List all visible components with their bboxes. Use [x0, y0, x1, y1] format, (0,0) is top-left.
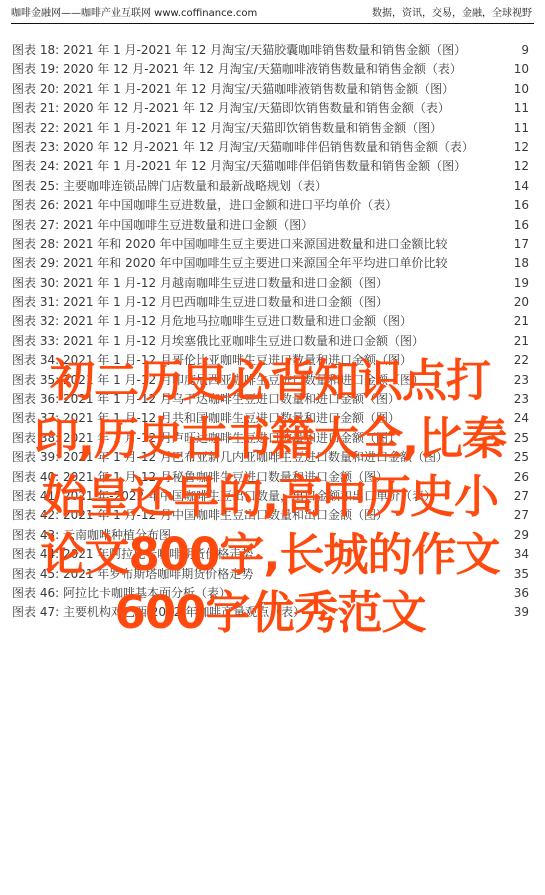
toc-entry-label: 图表 31: 2021 年 1 月-12 月巴西咖啡生豆进口数量和进口金额（图）: [12, 293, 388, 312]
toc-entry-label: 图表 33: 2021 年 1 月-12 月埃塞俄比亚咖啡生豆进口数量和进口金额…: [12, 332, 424, 351]
toc-entry-label: 图表 30: 2021 年 1 月-12 月越南咖啡生豆进口数量和进口金额（图）: [12, 274, 388, 293]
toc-entry-label: 图表 28: 2021 年和 2020 年中国咖啡生豆主要进口来源国进数量和进口…: [12, 235, 447, 254]
toc-entry-label: 图表 23: 2020 年 12 月-2021 年 12 月淘宝/天猫咖啡伴侣销…: [12, 138, 474, 157]
toc-entry-page: 17: [514, 235, 529, 254]
toc-entry-label: 图表 25: 主要咖啡连锁品牌门店数量和最新战略规划（表）: [12, 177, 327, 196]
toc-entry[interactable]: 图表 18: 2021 年 1 月-2021 年 12 月淘宝/天猫胶囊咖啡销售…: [12, 41, 529, 60]
toc-entry[interactable]: 图表 21: 2020 年 12 月-2021 年 12 月淘宝/天猫即饮销售数…: [12, 99, 529, 118]
toc-entry-label: 图表 29: 2021 年和 2020 年中国咖啡生豆主要进口来源国全年平均进口…: [12, 254, 447, 273]
toc-entry-page: 16: [514, 196, 529, 215]
toc-entry[interactable]: 图表 28: 2021 年和 2020 年中国咖啡生豆主要进口来源国进数量和进口…: [12, 235, 529, 254]
toc-entry-label: 图表 20: 2021 年 1 月-2021 年 12 月淘宝/天猫咖啡液销售数…: [12, 80, 454, 99]
toc-entry-page: 20: [514, 293, 529, 312]
toc-entry-label: 图表 19: 2020 年 12 月-2021 年 12 月淘宝/天猫咖啡液销售…: [12, 60, 462, 79]
toc-entry-page: 12: [514, 138, 529, 157]
toc-entry-page: 11: [514, 119, 529, 138]
toc-entry-page: 18: [514, 254, 529, 273]
toc-entry[interactable]: 图表 29: 2021 年和 2020 年中国咖啡生豆主要进口来源国全年平均进口…: [12, 254, 529, 273]
toc-entry-label: 图表 27: 2021 年中国咖啡生豆进数量和进口金额（图）: [12, 216, 313, 235]
toc-entry-label: 图表 24: 2021 年 1 月-2021 年 12 月淘宝/天猫咖啡伴侣销售…: [12, 157, 466, 176]
toc-entry[interactable]: 图表 23: 2020 年 12 月-2021 年 12 月淘宝/天猫咖啡伴侣销…: [12, 138, 529, 157]
toc-entry-page: 11: [514, 99, 529, 118]
site-tagline: 数据，资讯，交易，金融，全球视野: [372, 6, 532, 22]
toc-entry-page: 10: [514, 60, 529, 79]
toc-entry[interactable]: 图表 33: 2021 年 1 月-12 月埃塞俄比亚咖啡生豆进口数量和进口金额…: [12, 332, 529, 351]
toc-entry-page: 10: [514, 80, 529, 99]
site-title: 咖啡金融网——咖啡产业互联网 www.coffinance.com: [11, 6, 257, 22]
overlay-headline[interactable]: 初二历史必背知识点打印,历史古书籍大全,比秦始皇还早的,高中历史小论文800字,…: [20, 352, 520, 642]
toc-entry-page: 9: [521, 41, 529, 60]
toc-entry[interactable]: 图表 25: 主要咖啡连锁品牌门店数量和最新战略规划（表）14: [12, 177, 529, 196]
toc-entry[interactable]: 图表 24: 2021 年 1 月-2021 年 12 月淘宝/天猫咖啡伴侣销售…: [12, 157, 529, 176]
toc-entry[interactable]: 图表 22: 2021 年 1 月-2021 年 12 月淘宝/天猫即饮销售数量…: [12, 119, 529, 138]
toc-entry[interactable]: 图表 20: 2021 年 1 月-2021 年 12 月淘宝/天猫咖啡液销售数…: [12, 80, 529, 99]
toc-entry-label: 图表 18: 2021 年 1 月-2021 年 12 月淘宝/天猫胶囊咖啡销售…: [12, 41, 466, 60]
toc-entry-page: 14: [514, 177, 529, 196]
toc-entry-label: 图表 26: 2021 年中国咖啡生豆进数量，进口金额和进口平均单价（表）: [12, 196, 397, 215]
page-header: 咖啡金融网——咖啡产业互联网 www.coffinance.com 数据，资讯，…: [11, 6, 534, 24]
toc-entry[interactable]: 图表 31: 2021 年 1 月-12 月巴西咖啡生豆进口数量和进口金额（图）…: [12, 293, 529, 312]
toc-entry-page: 21: [514, 332, 529, 351]
toc-entry-label: 图表 21: 2020 年 12 月-2021 年 12 月淘宝/天猫即饮销售数…: [12, 99, 450, 118]
toc-entry[interactable]: 图表 27: 2021 年中国咖啡生豆进数量和进口金额（图）16: [12, 216, 529, 235]
toc-entry[interactable]: 图表 30: 2021 年 1 月-12 月越南咖啡生豆进口数量和进口金额（图）…: [12, 274, 529, 293]
toc-entry-page: 21: [514, 312, 529, 331]
toc-entry-page: 16: [514, 216, 529, 235]
toc-entry[interactable]: 图表 19: 2020 年 12 月-2021 年 12 月淘宝/天猫咖啡液销售…: [12, 60, 529, 79]
toc-entry-label: 图表 32: 2021 年 1 月-12 月危地马拉咖啡生豆进口数量和进口金额（…: [12, 312, 412, 331]
toc-entry-page: 19: [514, 274, 529, 293]
toc-entry-page: 12: [514, 157, 529, 176]
toc-entry[interactable]: 图表 32: 2021 年 1 月-12 月危地马拉咖啡生豆进口数量和进口金额（…: [12, 312, 529, 331]
toc-entry-label: 图表 22: 2021 年 1 月-2021 年 12 月淘宝/天猫即饮销售数量…: [12, 119, 442, 138]
toc-entry[interactable]: 图表 26: 2021 年中国咖啡生豆进数量，进口金额和进口平均单价（表）16: [12, 196, 529, 215]
